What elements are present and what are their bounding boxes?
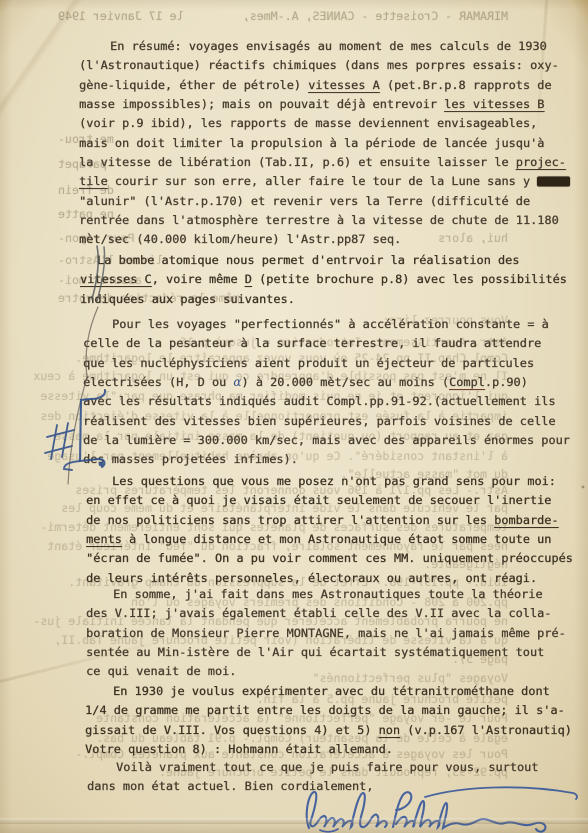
text-run: que les nucléphysiciens aient produit un…: [83, 356, 534, 370]
underlined-text: non: [379, 723, 400, 737]
letter-line: ce qui venait de moi.: [86, 662, 580, 681]
text-run: En 1930 je voulus expérimenter avec du t…: [113, 684, 550, 698]
text-run: La bombe atomique nous permet d'entrvoir…: [97, 253, 519, 267]
letter-line: La bombe atomique nous permet d'entrvoir…: [80, 251, 574, 270]
text-run: de nos politiciens sans trop attirer l'a…: [86, 513, 494, 527]
text-run: (petite brochure p.8) avec les possibili…: [252, 272, 567, 286]
letter-line: ments à longue distance et mon Astronaut…: [86, 530, 580, 549]
letter-line: En 1930 je voulus expérimenter avec du t…: [85, 682, 579, 701]
letter-line: celle de la pesanteur à la surface terre…: [83, 334, 577, 353]
letter-line: des masses projetées infimes).: [83, 450, 577, 469]
letter-body: En résumé: voyages envisagés au moment d…: [0, 0, 588, 833]
letter-line: vitesses C, voire même D (petite brochur…: [80, 270, 574, 289]
text-run: réalisent des vitesses bien supérieures,…: [83, 414, 555, 428]
letter-line: gène-liquide, éther de pétrole) vitesses…: [79, 76, 573, 95]
letter-line: sentée au Min-istère de l'Air qui écarta…: [86, 643, 580, 662]
text-run: Votre question 8) : Hohmann était allema…: [85, 742, 393, 756]
letter-line: en effet ce à quoi je visais était seule…: [86, 491, 580, 510]
letter-line: masse impossibles); mais on pouvait déjà…: [79, 95, 573, 114]
underlined-text: les vitesses B: [444, 97, 544, 111]
underlined-text: bombarde-: [494, 513, 558, 527]
text-run: mais on doit limiter la propulsion à la …: [79, 136, 544, 150]
letter-line: (l'Astronautique) réactifs chimiques (da…: [79, 56, 573, 75]
underlined-text: projec-: [516, 155, 566, 169]
letter-line: mais on doit limiter la propulsion à la …: [79, 134, 573, 153]
letter-line: 1/4 de gramme me partit entre les doigts…: [85, 701, 579, 720]
text-run: gissait de V.III. Vos questions 4) et 5): [85, 723, 379, 737]
text-run: En résumé: voyages envisagés au moment d…: [110, 39, 547, 53]
underlined-text: vitesses C: [80, 272, 152, 286]
text-run: à longue distance et mon Astronautique é…: [122, 532, 552, 546]
letter-line: En résumé: voyages envisagés au moment d…: [79, 37, 573, 56]
text-run: avec les résultats indiqués audit Compl.…: [83, 394, 555, 408]
text-run: celle de la pesanteur à la surface terre…: [83, 336, 541, 350]
letter-line: "alunir" (l'Astr.p.170) et revenir vers …: [79, 192, 573, 211]
underlined-text: D: [245, 272, 252, 286]
text-run: En somme, j'ai fait dans mes Astronautiq…: [113, 587, 543, 601]
text-run: (l'Astronautique) réactifs chimiques (da…: [79, 58, 559, 72]
underlined-text: tile: [79, 174, 108, 188]
text-run: courir sur son erre, aller faire le tour…: [108, 174, 538, 188]
letter-line: "écran de fumée". On a pu voir comment c…: [86, 549, 580, 568]
text-run: Voilà vraiment tout ce que je puis faire…: [116, 760, 538, 774]
letter-line: de la lumière = 300.000 km/sec, mais ave…: [83, 431, 577, 450]
text-run: Les questions que vous me posez n'ont pa…: [112, 474, 556, 488]
text-run: en effet ce à quoi je visais était seule…: [86, 493, 551, 507]
text-run: de la lumière = 300.000 km/sec, mais ave…: [83, 433, 570, 447]
text-run: rentrée dans l'atmosphère terrestre à la…: [79, 213, 559, 227]
text-run: électrisées (H, D ou: [83, 375, 233, 389]
paragraph: En résumé: voyages envisagés au moment d…: [79, 37, 573, 250]
letter-line: gissait de V.III. Vos questions 4) et 5)…: [85, 721, 579, 740]
letter-line: réalisent des vitesses bien supérieures,…: [83, 412, 577, 431]
letter-line: Pour les voyages "perfectionnés" à accél…: [83, 315, 577, 334]
letter-line: indiquées aux pages suivantes.: [80, 290, 574, 309]
text-run: dans mon état actuel. Bien cordialement,: [87, 779, 373, 793]
letter-line: électrisées (H, D ou α) à 20.000 mèt/sec…: [83, 373, 577, 392]
underlined-text: Compl: [449, 375, 485, 389]
paragraph: La bombe atomique nous permet d'entrvoir…: [80, 251, 574, 309]
letter-line: dans mon état actuel. Bien cordialement,: [87, 777, 581, 796]
letter-line: tile courir sur son erre, aller faire le…: [79, 172, 573, 191]
letter-line: boration de Monsieur Pierre MONTAGNE, ma…: [86, 624, 580, 643]
text-run: boration de Monsieur Pierre MONTAGNE, ma…: [86, 626, 566, 640]
letter-line: avec les résultats indiqués audit Compl.…: [83, 392, 577, 411]
text-run: gène-liquide, éther de pétrole): [79, 78, 308, 92]
underlined-text: ments: [86, 532, 122, 546]
redacted-word-blot: [537, 176, 570, 187]
paragraph: Les questions que vous me posez n'ont pa…: [86, 472, 580, 588]
letter-page: MIRAMAR - Croisette - CANNES, A.-Mmes,le…: [0, 0, 588, 833]
letter-line: En somme, j'ai fait dans mes Astronautiq…: [86, 585, 580, 604]
text-run: des V.III; j'avais également établi cell…: [86, 606, 551, 620]
text-run: 1/4 de gramme me partit entre les doigts…: [85, 703, 565, 717]
paragraph: En somme, j'ai fait dans mes Astronautiq…: [86, 585, 580, 682]
paragraph: Voilà vraiment tout ce que je puis faire…: [87, 758, 581, 797]
letter-line: que les nucléphysiciens aient produit un…: [83, 354, 577, 373]
text-run: masse impossibles); mais on pouvait déjà…: [79, 97, 444, 111]
text-run: (voir p.9 ibid), les rapports de masse d…: [79, 116, 537, 130]
text-run: ce qui venait de moi.: [86, 664, 236, 678]
text-run: .p.90): [485, 375, 528, 389]
text-run: la vitesse de libération (Tab.II, p.6) e…: [79, 155, 516, 169]
text-run: , voire même: [152, 272, 245, 286]
letter-line: la vitesse de libération (Tab.II, p.6) e…: [79, 153, 573, 172]
text-run: (v.p.167 l'Astronautiq): [400, 723, 572, 737]
text-run: mèt/sec (40.000 kilom/heure) l'Astr.pp87…: [79, 232, 401, 246]
paragraph: Pour les voyages "perfectionnés" à accél…: [83, 315, 577, 470]
letter-line: Voilà vraiment tout ce que je puis faire…: [87, 758, 581, 777]
text-run: des masses projetées infimes).: [83, 452, 298, 466]
letter-line: de nos politiciens sans trop attirer l'a…: [86, 511, 580, 530]
letter-line: (voir p.9 ibid), les rapports de masse d…: [79, 114, 573, 133]
letter-line: des V.III; j'avais également établi cell…: [86, 604, 580, 623]
text-run: Pour les voyages "perfectionnés" à accél…: [112, 317, 549, 331]
underlined-text: vitesses A: [308, 78, 380, 92]
text-run: (pet.Br.p.8 rapprots de: [380, 78, 552, 92]
text-run: sentée au Min-istère de l'Air qui écarta…: [86, 645, 544, 659]
text-run: "alunir" (l'Astr.p.170) et revenir vers …: [79, 194, 530, 208]
letter-line: rentrée dans l'atmosphère terrestre à la…: [79, 211, 573, 230]
text-run: "écran de fumée". On a pu voir comment c…: [86, 551, 573, 565]
paragraph: En 1930 je voulus expérimenter avec du t…: [85, 682, 579, 759]
text-run: ) à 20.000 mèt/sec au moins (: [241, 375, 449, 389]
letter-line: Les questions que vous me posez n'ont pa…: [86, 472, 580, 491]
text-run: indiquées aux pages suivantes.: [80, 292, 295, 306]
text-run: de leurs intérêts personneles, électorau…: [86, 571, 537, 585]
letter-line: Votre question 8) : Hohmann était allema…: [85, 740, 579, 759]
letter-line: mèt/sec (40.000 kilom/heure) l'Astr.pp87…: [79, 230, 573, 249]
